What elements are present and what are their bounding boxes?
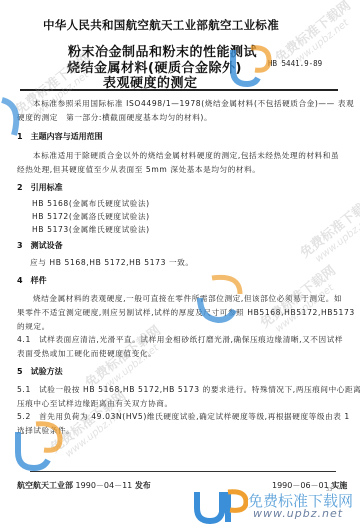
section-5-2-line-2: 选择试验条件。 xyxy=(17,425,74,436)
document-page: 中华人民共和国航空航天工业部航空工业标准 粉末冶金制品和粉末的性能测试 烧结金属… xyxy=(0,0,360,530)
footer-issue-date: 1990－04－11 xyxy=(76,481,133,490)
section-5-1-line-1: 5.1 试验一般按 HB 5168,HB 5172,HB 5173 的要求进行。… xyxy=(17,384,360,395)
brand-url: www.upbz.net xyxy=(253,507,343,520)
footer-issue-label: 发布 xyxy=(135,481,151,490)
section-1-line-1: 本标准适用于除硬质合金以外的烧结金属材料硬度的测定,包括未经热处理的材料和虽 xyxy=(33,150,339,161)
footer-effective-label: 实施 xyxy=(331,481,347,490)
section-4-line-2: 果零件不适宜测定硬度,则应另制试样,试样的厚度及尺寸可参照 HB5168,HB5… xyxy=(17,307,355,318)
intro-line-2: 硬度的测定 第一部分:横截面硬度基本均匀的材料)。 xyxy=(17,112,212,123)
section-1-line-2: 经热处理,但其硬度值至少从表面至 5mm 深处基本是均匀的材料。 xyxy=(17,164,261,175)
section-5-heading: 5 试验方法 xyxy=(17,366,63,377)
footer-effective-date: 1990－06－01 xyxy=(272,481,329,490)
intro-line-1: 本标准参照采用国际标准 ISO4498/1—1978(烧结金属材料(不包括硬质合… xyxy=(33,98,354,109)
header-divider xyxy=(20,89,338,91)
watermark-text: 免费标准下载网www.upbz.net xyxy=(295,190,360,270)
section-4-line-3: 的规定。 xyxy=(17,321,50,332)
section-4-line-1: 烧结金属材料的表观硬度,一般可直接在零件所需部位测定,但该部位必须易于测定。如 xyxy=(33,293,342,304)
brand-logo-icon xyxy=(192,486,248,526)
reference-hb5168: HB 5168(金属布氏硬度试验法) xyxy=(32,198,150,209)
section-2-heading: 2 引用标准 xyxy=(17,182,63,193)
footer-issue: 航空航天工业部 1990－04－11 发布 xyxy=(17,480,151,491)
footer-issuer: 航空航天工业部 xyxy=(17,481,73,490)
issuing-organization: 中华人民共和国航空航天工业部航空工业标准 xyxy=(43,17,279,33)
section-5-1-line-2: 压痕中心至试样边缘距离由有关双方协商。 xyxy=(17,398,173,409)
section-4-1-line-1: 4.1 试样表面应清洁,光滑平直。试样用金相砂纸打磨光滑,确保压痕边缘清晰,又不… xyxy=(17,334,343,345)
footer-divider xyxy=(30,471,336,472)
section-4-1-line-2: 表面受热或加工硬化而使硬度值变化。 xyxy=(17,348,156,359)
reference-hb5172: HB 5172(金属洛氏硬度试验法) xyxy=(32,211,150,222)
section-4-heading: 4 样件 xyxy=(17,275,47,286)
section-1-heading: 1 主题内容与适用范围 xyxy=(17,131,103,142)
section-3-heading: 3 测试设备 xyxy=(17,240,63,251)
reference-hb5173: HB 5173(金属维氏硬度试验法) xyxy=(32,224,150,235)
section-3-line-1: 应与 HB 5168,HB 5172,HB 5173 一致。 xyxy=(30,257,194,268)
standard-code: HB 5441.9-89 xyxy=(268,59,322,68)
section-5-2-line-1: 5.2 首先用负荷为 49.03N(HV5)维氏硬度试验,确定试样硬度等级,再根… xyxy=(17,411,350,422)
